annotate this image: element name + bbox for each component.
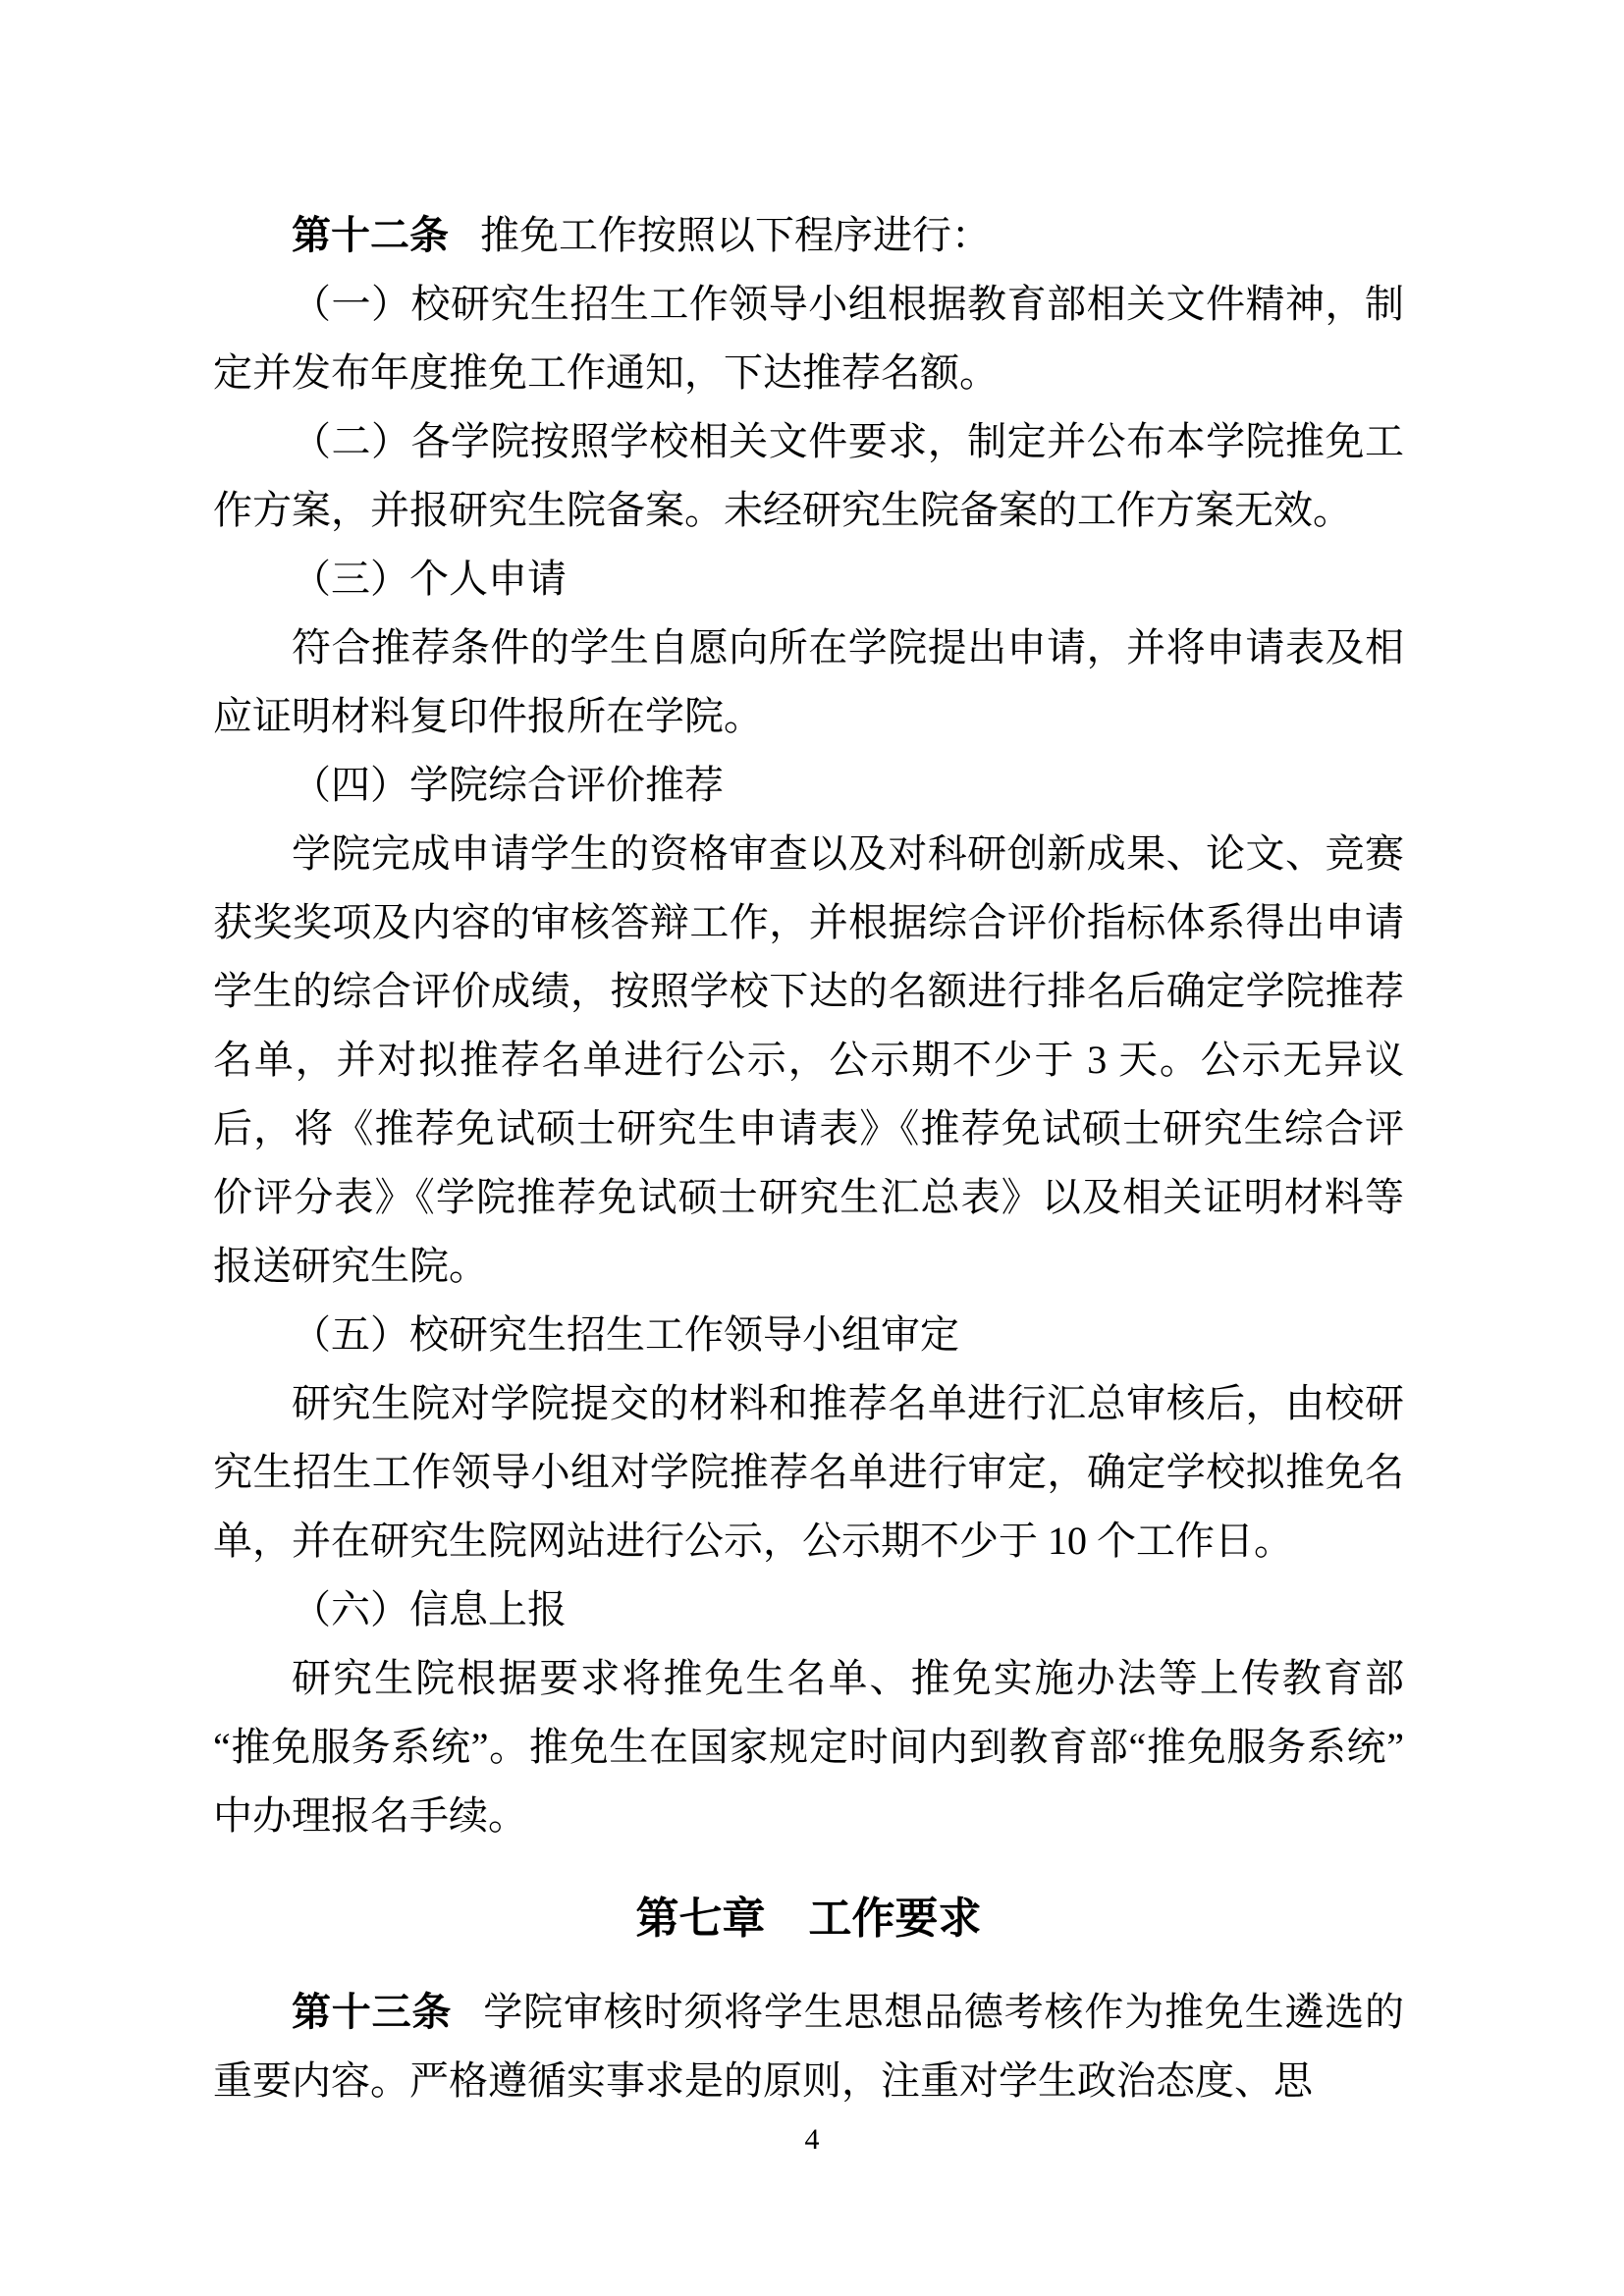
- item-5-leading-group-review-body: 研究生院对学院提交的材料和推荐名单进行汇总审核后，由校研究生招生工作领导小组对学…: [213, 1369, 1404, 1575]
- article-12-clause: 第十二条推免工作按照以下程序进行：: [213, 201, 1404, 270]
- article-13-clause: 第十三条学院审核时须将学生思想品德考核作为推免生遴选的重要内容。严格遵循实事求是…: [213, 1978, 1404, 2115]
- document-body: 第十二条推免工作按照以下程序进行： （一）校研究生招生工作领导小组根据教育部相关…: [213, 201, 1404, 2115]
- item-2-college-plan-paragraph: （二）各学院按照学校相关文件要求，制定并公布本学院推免工作方案，并报研究生院备案…: [213, 407, 1404, 545]
- chapter-7-heading: 第七章 工作要求: [213, 1885, 1404, 1953]
- item-1-notice-paragraph: （一）校研究生招生工作领导小组根据教育部相关文件精神，制定并发布年度推免工作通知…: [213, 270, 1404, 407]
- item-5-leading-group-review-heading: （五）校研究生招生工作领导小组审定: [213, 1301, 1404, 1369]
- item-3-personal-application-heading: （三）个人申请: [213, 545, 1404, 614]
- document-page: 第十二条推免工作按照以下程序进行： （一）校研究生招生工作领导小组根据教育部相关…: [0, 0, 1624, 2296]
- item-4-college-evaluation-heading: （四）学院综合评价推荐: [213, 751, 1404, 820]
- article-13-number: 第十三条: [292, 1991, 452, 2034]
- article-12-text: 推免工作按照以下程序进行：: [480, 213, 991, 257]
- article-12-number: 第十二条: [292, 214, 449, 257]
- item-3-personal-application-body: 符合推荐条件的学生自愿向所在学院提出申请，并将申请表及相应证明材料复印件报所在学…: [213, 614, 1404, 751]
- item-4-college-evaluation-body: 学院完成申请学生的资格审查以及对科研创新成果、论文、竞赛获奖奖项及内容的审核答辩…: [213, 820, 1404, 1301]
- page-number: 4: [0, 2118, 1624, 2162]
- item-6-information-report-heading: （六）信息上报: [213, 1575, 1404, 1644]
- item-6-information-report-body: 研究生院根据要求将推免生名单、推免实施办法等上传教育部“推免服务系统”。推免生在…: [213, 1644, 1404, 1850]
